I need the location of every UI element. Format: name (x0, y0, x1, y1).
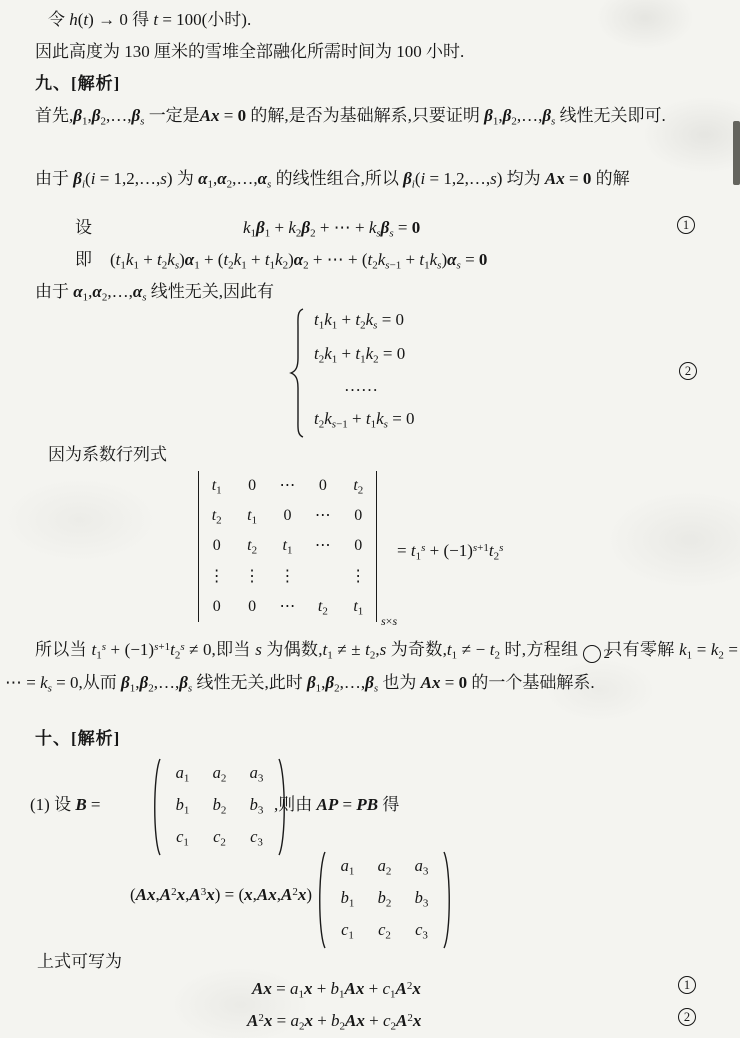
det-cell: 0 (248, 478, 256, 494)
det-cell: ⋯ (279, 478, 295, 494)
solution-line-limit: 令 h(t) → 0 得 t = 100(小时). (48, 9, 251, 31)
matrix-cell: a3 (250, 762, 264, 784)
scan-edge-mark (733, 121, 740, 185)
matrix-cell: b3 (250, 794, 264, 816)
eqB-tag-circled-2: 2 (678, 1008, 696, 1026)
matrix-cell: b1 (176, 794, 190, 816)
section9-para5: 所以当 t1s + (−1)s+1t2s ≠ 0,即当 s 为偶数,t1 ≠ ±… (5, 633, 738, 699)
matrix-cell: c2 (213, 826, 226, 848)
eqB-tag-digit: 2 (684, 1011, 690, 1024)
det-cell: t1 (353, 599, 363, 615)
right-paren (442, 850, 454, 950)
left-paren (150, 757, 162, 857)
determinant-value: = t1s + (−1)s+1t2s (397, 540, 503, 562)
eq2-label: 即 (75, 249, 92, 271)
left-paren (315, 850, 327, 950)
eqA-tag-circled-1: 1 (678, 976, 696, 994)
step1-prefix: (1) 设 B = (30, 794, 101, 816)
det-cell: 0 (319, 478, 327, 494)
eq1-label: 设 (75, 217, 92, 239)
matrix-B: a1 a2 a3 b1 b2 b3 c1 c2 c3 (150, 757, 289, 857)
det-cell: 0 (248, 599, 256, 615)
eq1-tag-circled-1: 1 (677, 216, 695, 234)
matrix-cell: c1 (341, 919, 354, 941)
det-cell: t2 (318, 599, 328, 615)
det-cell: t2 (212, 508, 222, 524)
coefficient-determinant: t1 0 ⋯ 0 t2 t2 t1 0 ⋯ 0 0 t2 t1 ⋯ 0 ⋮ ⋮ … (198, 471, 377, 622)
matrix-cell: b1 (341, 887, 355, 909)
det-cell: ⋮ (279, 569, 295, 585)
solution-line-conclusion: 因此高度为 130 厘米的雪堆全部融化所需时间为 100 小时. (35, 41, 464, 63)
eq2-body: (t1k1 + t2ks)α1 + (t2k1 + t1k2)α2 + ⋯ + … (110, 249, 487, 271)
det-cell: 0 (283, 508, 291, 524)
system-row-4: t2ks−1 + t1ks = 0 (314, 408, 415, 430)
equation-system: t1k1 + t2ks = 0 t2k1 + t1k2 = 0 …… t2ks−… (288, 307, 528, 439)
scanned-textbook-page: 令 h(t) → 0 得 t = 100(小时). 因此高度为 130 厘米的雪… (0, 0, 740, 1038)
det-cell: 0 (213, 599, 221, 615)
left-brace (288, 307, 306, 439)
eqA-tag-digit: 1 (684, 979, 690, 992)
det-cell: t1 (247, 508, 257, 524)
matrix-cell: a2 (378, 855, 392, 877)
matrix-cell: b3 (415, 887, 429, 909)
det-cell: t2 (247, 538, 257, 554)
section9-heading: 九、[解析] (35, 73, 120, 95)
det-cell: ⋮ (350, 569, 366, 585)
matrix-cell: a2 (213, 762, 227, 784)
system-tag-circled-2: 2 (679, 362, 697, 380)
matrix-cell: c3 (415, 919, 428, 941)
matrix-cell: c2 (378, 919, 391, 941)
matrix-cell: c1 (176, 826, 189, 848)
det-cell: ⋯ (315, 508, 331, 524)
system-row-2: t2k1 + t1k2 = 0 (314, 343, 405, 365)
matrix-cell: a1 (176, 762, 190, 784)
det-cell: ⋯ (315, 538, 331, 554)
determinant-size-subscript: s×s (381, 610, 397, 632)
section9-para3: 由于 α1,α2,…,αs 线性无关,因此有 (35, 281, 274, 303)
eqA-body: Ax = a1x + b1Ax + c1A2x (252, 978, 421, 1000)
det-cell: 0 (354, 508, 362, 524)
matrix-cell: a1 (341, 855, 355, 877)
step1-suffix: ,则由 AP = PB 得 (274, 794, 399, 816)
det-cell: 0 (213, 538, 221, 554)
matrix-cell: b2 (378, 887, 392, 909)
system-tag-digit: 2 (685, 365, 691, 378)
eq1-tag-digit: 1 (683, 219, 689, 232)
section9-para4: 因为系数行列式 (48, 444, 167, 466)
det-cell: t1 (212, 478, 222, 494)
system-row-1: t1k1 + t2ks = 0 (314, 309, 404, 331)
det-cell: ⋮ (244, 569, 260, 585)
eqB-body: A2x = a2x + b2Ax + c2A2x (247, 1010, 421, 1032)
matrix-B-repeat: a1 a2 a3 b1 b2 b3 c1 c2 c3 (315, 850, 454, 950)
det-cell: t2 (353, 478, 363, 494)
matrix-cell: a3 (415, 855, 429, 877)
det-cell: ⋯ (279, 599, 295, 615)
section9-para1: 首先,β1,β2,…,βs 一定是Ax = 0 的解,是否为基础解系,只要证明 … (5, 100, 738, 132)
section9-para2: 由于 βi(i = 1,2,…,s) 为 α1,α2,…,αs 的线性组合,所以… (5, 163, 738, 195)
section10-heading: 十、[解析] (35, 728, 120, 750)
matrix-cell: c3 (250, 826, 263, 848)
system-row-ellipsis: …… (344, 375, 378, 397)
det-cell: 0 (354, 538, 362, 554)
det-cell: ⋮ (209, 569, 225, 585)
eq1-body: k1β1 + k2β2 + ⋯ + ksβs = 0 (243, 217, 420, 239)
matrix-cell: b2 (213, 794, 227, 816)
section10-para: 上式可写为 (37, 951, 122, 973)
eq-main-lhs: (Ax,A2x,A3x) = (x,Ax,A2x) (130, 884, 312, 906)
det-cell: t1 (283, 538, 293, 554)
